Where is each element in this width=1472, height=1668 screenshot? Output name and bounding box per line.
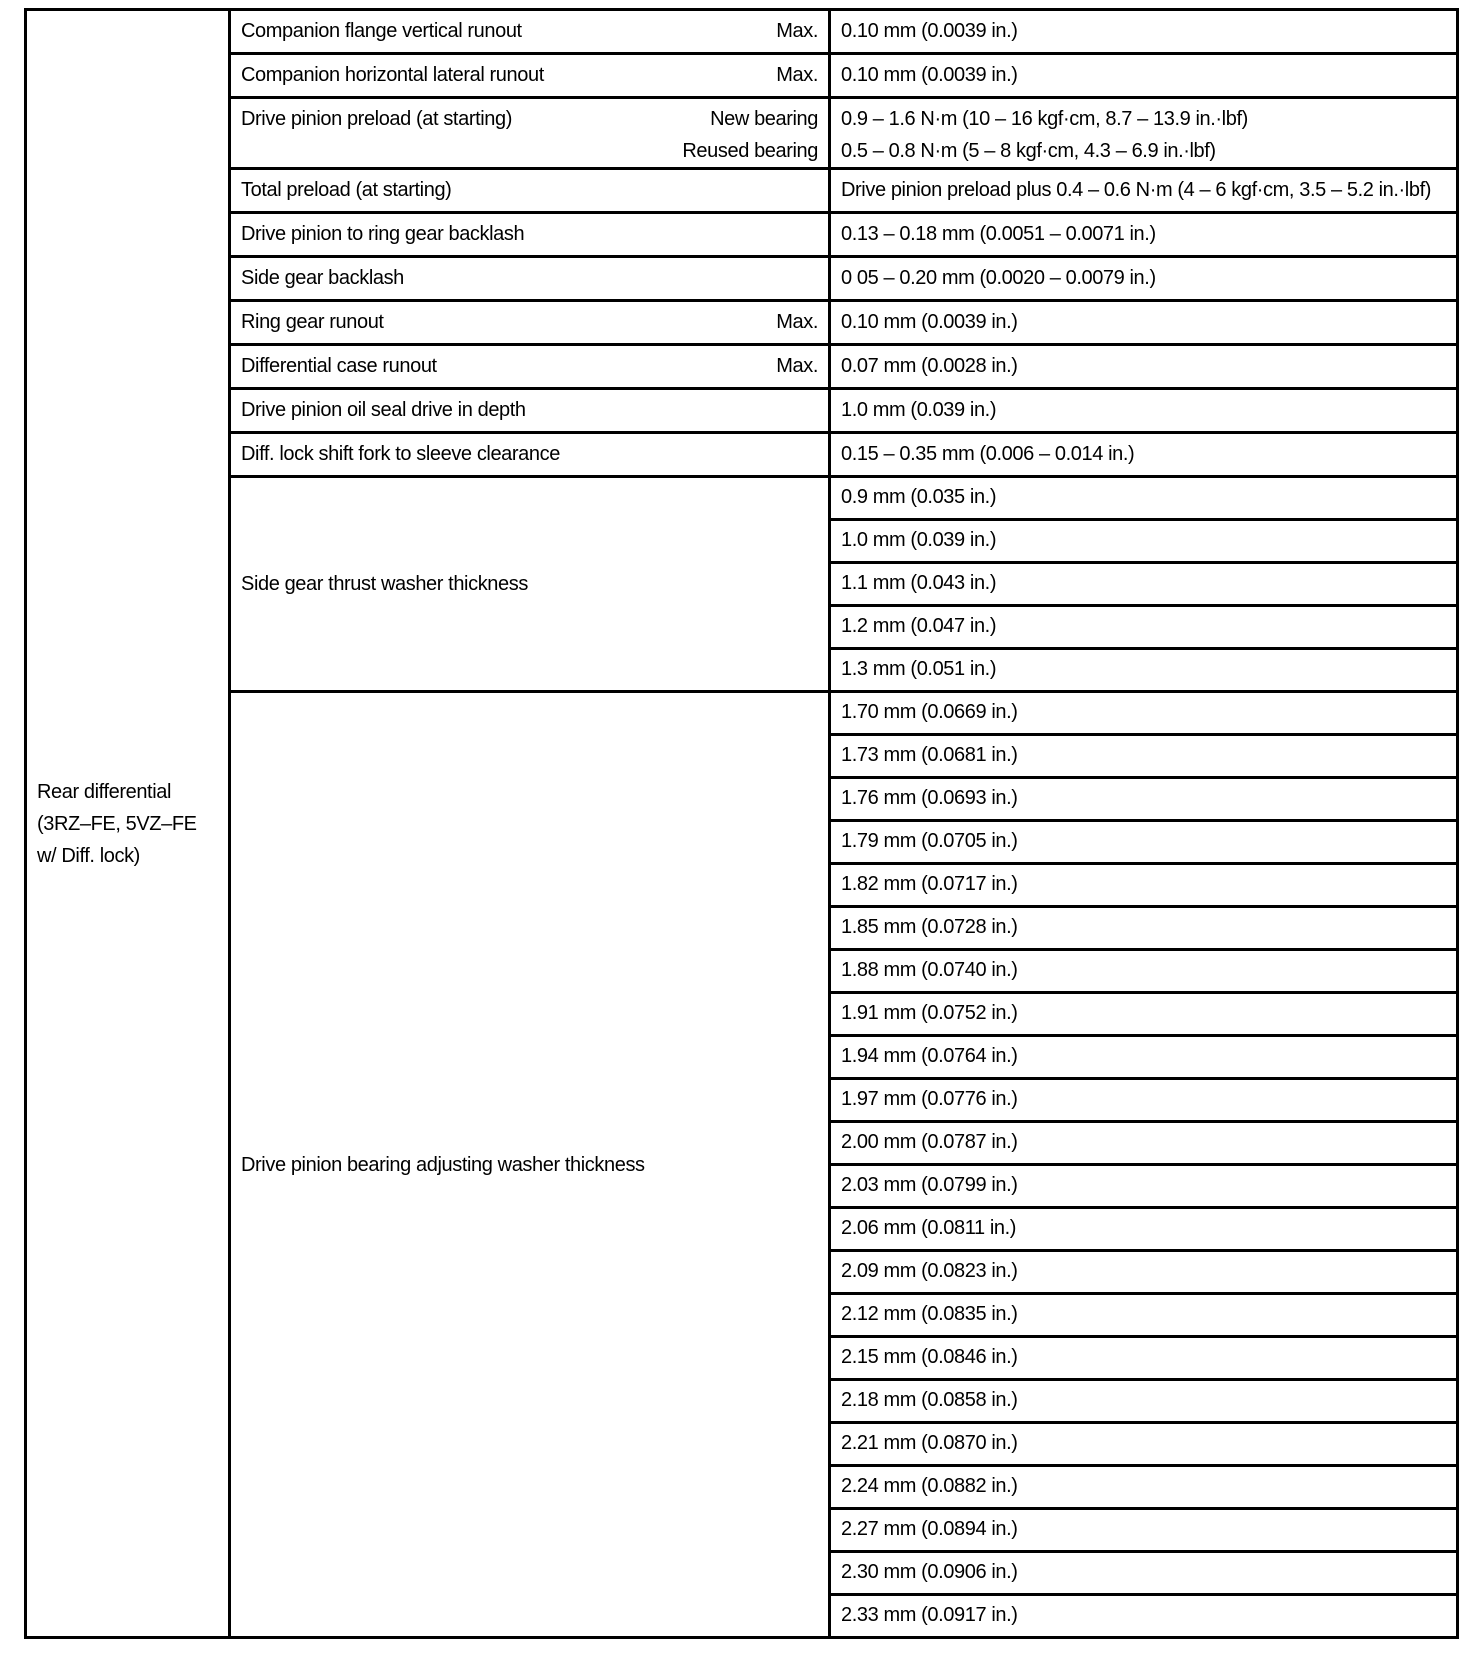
value-cell: 2.30 mm (0.0906 in.) [830,1552,1458,1595]
value-text: 1.76 mm (0.0693 in.) [841,782,1446,814]
value-cell: 2.27 mm (0.0894 in.) [830,1509,1458,1552]
value-text: 1.2 mm (0.047 in.) [841,610,1446,642]
qualifier: Max. [776,350,818,382]
item-cell: Drive pinion preload (at starting)New be… [230,98,830,169]
item-cell: Differential case runoutMax. [230,345,830,389]
value-cell: 1.94 mm (0.0764 in.) [830,1036,1458,1079]
value-cell: 0.9 mm (0.035 in.) [830,477,1458,520]
value-text: 0.07 mm (0.0028 in.) [841,350,1446,382]
value-text: 1.82 mm (0.0717 in.) [841,868,1446,900]
specification-table: Rear differential (3RZ–FE, 5VZ–FE w/ Dif… [24,8,1459,1639]
value-text: 1.94 mm (0.0764 in.) [841,1040,1446,1072]
value-text: 1.91 mm (0.0752 in.) [841,997,1446,1029]
value-text: 1.97 mm (0.0776 in.) [841,1083,1446,1115]
value-text: 2.33 mm (0.0917 in.) [841,1599,1446,1631]
group-label-cell: Rear differential (3RZ–FE, 5VZ–FE w/ Dif… [26,10,230,1638]
item-label: Side gear backlash [241,262,404,294]
value-text: 2.03 mm (0.0799 in.) [841,1169,1446,1201]
qualifier: Max. [776,15,818,47]
value-cell: 0.13 – 0.18 mm (0.0051 – 0.0071 in.) [830,213,1458,257]
value-cell: 0.10 mm (0.0039 in.) [830,54,1458,98]
value-text: 2.12 mm (0.0835 in.) [841,1298,1446,1330]
item-label: Side gear thrust washer thickness [241,573,528,595]
value-text: 2.06 mm (0.0811 in.) [841,1212,1446,1244]
value-text: 2.27 mm (0.0894 in.) [841,1513,1446,1545]
value-text: 1.1 mm (0.043 in.) [841,567,1446,599]
value-cell: 0.07 mm (0.0028 in.) [830,345,1458,389]
table-row: Differential case runoutMax.0.07 mm (0.0… [26,345,1458,389]
value-cell: 0 05 – 0.20 mm (0.0020 – 0.0079 in.) [830,257,1458,301]
value-text: 2.00 mm (0.0787 in.) [841,1126,1446,1158]
value-cell: 2.18 mm (0.0858 in.) [830,1380,1458,1423]
value-text: 1.88 mm (0.0740 in.) [841,954,1446,986]
item-label: Companion flange vertical runout [241,15,522,47]
value-cell: 2.09 mm (0.0823 in.) [830,1251,1458,1294]
table-row: Drive pinion preload (at starting)New be… [26,98,1458,169]
table-row: Total preload (at starting)Drive pinion … [26,169,1458,213]
value-cell: 0.15 – 0.35 mm (0.006 – 0.014 in.) [830,433,1458,477]
item-cell: Companion flange vertical runoutMax. [230,10,830,54]
specification-table-body: Rear differential (3RZ–FE, 5VZ–FE w/ Dif… [26,10,1458,1638]
value-cell: 1.91 mm (0.0752 in.) [830,993,1458,1036]
table-row: Drive pinion oil seal drive in depth1.0 … [26,389,1458,433]
value-cell: 2.24 mm (0.0882 in.) [830,1466,1458,1509]
value-text: 0 05 – 0.20 mm (0.0020 – 0.0079 in.) [841,262,1446,294]
table-row: Diff. lock shift fork to sleeve clearanc… [26,433,1458,477]
value-cell: 2.15 mm (0.0846 in.) [830,1337,1458,1380]
item-cell-content: Companion flange vertical runoutMax. [241,15,818,47]
value-cell: 1.0 mm (0.039 in.) [830,389,1458,433]
qualifier: Max. [776,306,818,338]
group-label: Rear differential (3RZ–FE, 5VZ–FE w/ Dif… [37,781,197,867]
item-cell-content: Drive pinion oil seal drive in depth [241,394,818,426]
item-label: Total preload (at starting) [241,174,451,206]
value-cell: 2.33 mm (0.0917 in.) [830,1595,1458,1638]
item-label: Drive pinion to ring gear backlash [241,218,524,250]
item-label: Ring gear runout [241,306,384,338]
value-text: 2.21 mm (0.0870 in.) [841,1427,1446,1459]
item-cell-content: Side gear backlash [241,262,818,294]
value-cell: 1.70 mm (0.0669 in.) [830,692,1458,735]
table-row: Side gear thrust washer thickness0.9 mm … [26,477,1458,520]
table-row: Drive pinion bearing adjusting washer th… [26,692,1458,735]
value-cell: 2.12 mm (0.0835 in.) [830,1294,1458,1337]
qualifier: Max. [776,59,818,91]
qualifier-label: Max. [776,59,818,91]
item-label: Drive pinion oil seal drive in depth [241,394,526,426]
item-cell: Drive pinion oil seal drive in depth [230,389,830,433]
item-cell: Side gear thrust washer thickness [230,477,830,692]
value-cell: Drive pinion preload plus 0.4 – 0.6 N·m … [830,169,1458,213]
value-text: 2.15 mm (0.0846 in.) [841,1341,1446,1373]
table-row: Ring gear runoutMax.0.10 mm (0.0039 in.) [26,301,1458,345]
item-cell: Drive pinion bearing adjusting washer th… [230,692,830,1638]
item-cell-content: Ring gear runoutMax. [241,306,818,338]
table-row: Drive pinion to ring gear backlash0.13 –… [26,213,1458,257]
value-cell: 0.10 mm (0.0039 in.) [830,301,1458,345]
value-cell: 2.21 mm (0.0870 in.) [830,1423,1458,1466]
value-text: 1.85 mm (0.0728 in.) [841,911,1446,943]
value-cell: 1.79 mm (0.0705 in.) [830,821,1458,864]
value-text: 0.9 – 1.6 N·m (10 – 16 kgf·cm, 8.7 – 13.… [841,103,1446,135]
item-cell-content: Drive pinion to ring gear backlash [241,218,818,250]
value-cell: 1.76 mm (0.0693 in.) [830,778,1458,821]
value-cell: 0.10 mm (0.0039 in.) [830,10,1458,54]
item-cell-content: Differential case runoutMax. [241,350,818,382]
value-cell: 0.9 – 1.6 N·m (10 – 16 kgf·cm, 8.7 – 13.… [830,98,1458,169]
qualifier-label: New bearing [682,103,818,135]
item-cell: Side gear backlash [230,257,830,301]
value-text: 2.09 mm (0.0823 in.) [841,1255,1446,1287]
value-text: 0.10 mm (0.0039 in.) [841,15,1446,47]
value-text: 2.18 mm (0.0858 in.) [841,1384,1446,1416]
qualifier-label: Max. [776,15,818,47]
value-text: 2.24 mm (0.0882 in.) [841,1470,1446,1502]
value-text: 0.13 – 0.18 mm (0.0051 – 0.0071 in.) [841,218,1446,250]
value-text: 0.10 mm (0.0039 in.) [841,59,1446,91]
qualifier-label: Reused bearing [682,135,818,167]
item-label: Differential case runout [241,350,437,382]
value-text: 1.0 mm (0.039 in.) [841,524,1446,556]
qualifier: New bearingReused bearing [682,103,818,167]
item-cell: Total preload (at starting) [230,169,830,213]
item-label: Companion horizontal lateral runout [241,59,544,91]
item-label: Drive pinion bearing adjusting washer th… [241,1154,645,1176]
value-cell: 1.1 mm (0.043 in.) [830,563,1458,606]
item-cell: Ring gear runoutMax. [230,301,830,345]
value-text: 0.10 mm (0.0039 in.) [841,306,1446,338]
value-text: 1.73 mm (0.0681 in.) [841,739,1446,771]
value-cell: 1.73 mm (0.0681 in.) [830,735,1458,778]
value-text: Drive pinion preload plus 0.4 – 0.6 N·m … [841,174,1446,206]
qualifier-label: Max. [776,306,818,338]
value-text: 1.79 mm (0.0705 in.) [841,825,1446,857]
value-cell: 2.03 mm (0.0799 in.) [830,1165,1458,1208]
value-cell: 1.85 mm (0.0728 in.) [830,907,1458,950]
item-cell-content: Drive pinion preload (at starting)New be… [241,103,818,167]
value-text: 0.9 mm (0.035 in.) [841,481,1446,513]
table-row: Companion horizontal lateral runoutMax.0… [26,54,1458,98]
value-cell: 1.82 mm (0.0717 in.) [830,864,1458,907]
value-cell: 1.0 mm (0.039 in.) [830,520,1458,563]
value-text: 1.0 mm (0.039 in.) [841,394,1446,426]
item-cell: Drive pinion to ring gear backlash [230,213,830,257]
table-row: Rear differential (3RZ–FE, 5VZ–FE w/ Dif… [26,10,1458,54]
item-cell-content: Diff. lock shift fork to sleeve clearanc… [241,438,818,470]
qualifier-label: Max. [776,350,818,382]
item-label: Drive pinion preload (at starting) [241,103,512,135]
value-cell: 2.00 mm (0.0787 in.) [830,1122,1458,1165]
value-cell: 1.2 mm (0.047 in.) [830,606,1458,649]
value-text: 0.5 – 0.8 N·m (5 – 8 kgf·cm, 4.3 – 6.9 i… [841,135,1446,167]
value-text: 1.3 mm (0.051 in.) [841,653,1446,685]
value-cell: 2.06 mm (0.0811 in.) [830,1208,1458,1251]
value-cell: 1.3 mm (0.051 in.) [830,649,1458,692]
item-label: Diff. lock shift fork to sleeve clearanc… [241,438,560,470]
item-cell: Diff. lock shift fork to sleeve clearanc… [230,433,830,477]
table-row: Side gear backlash0 05 – 0.20 mm (0.0020… [26,257,1458,301]
value-cell: 1.97 mm (0.0776 in.) [830,1079,1458,1122]
item-cell-content: Companion horizontal lateral runoutMax. [241,59,818,91]
value-text: 1.70 mm (0.0669 in.) [841,696,1446,728]
value-cell: 1.88 mm (0.0740 in.) [830,950,1458,993]
value-text: 2.30 mm (0.0906 in.) [841,1556,1446,1588]
value-text: 0.15 – 0.35 mm (0.006 – 0.014 in.) [841,438,1446,470]
item-cell: Companion horizontal lateral runoutMax. [230,54,830,98]
item-cell-content: Total preload (at starting) [241,174,818,206]
